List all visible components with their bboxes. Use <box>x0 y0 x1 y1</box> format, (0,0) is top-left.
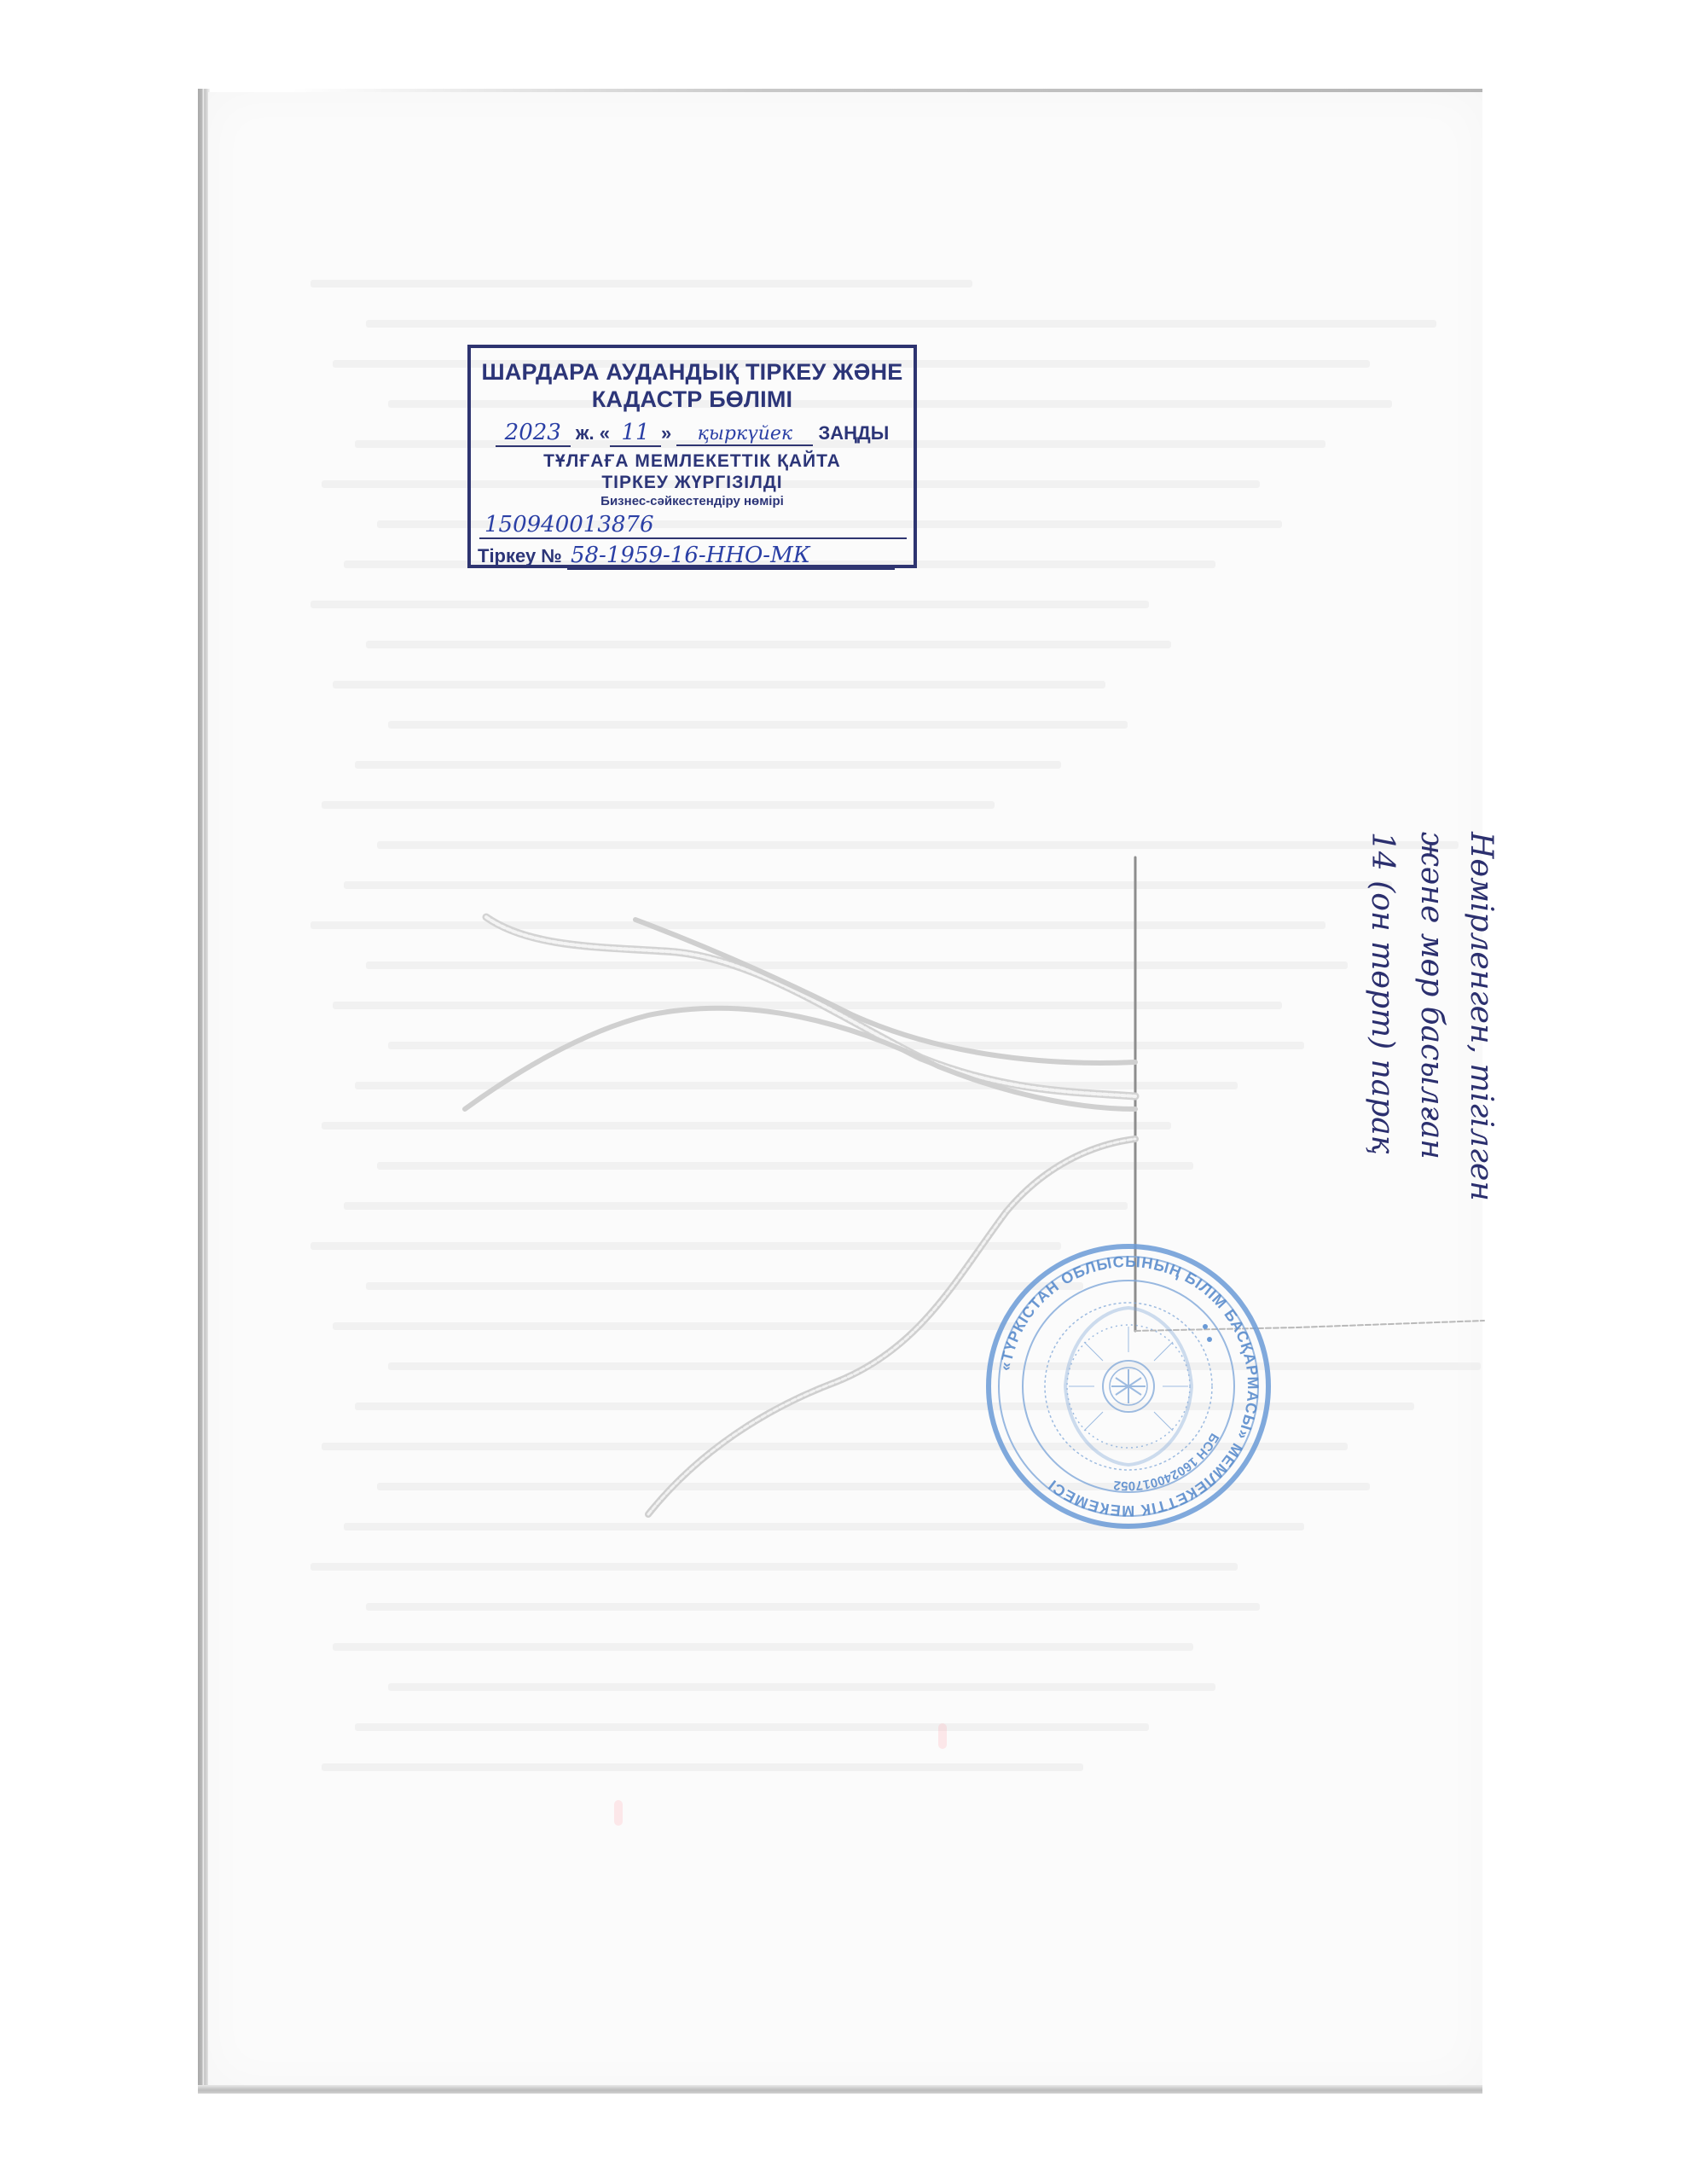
show-through-line <box>366 320 1436 328</box>
coat-of-arms-emblem <box>1045 1303 1212 1470</box>
show-through-line <box>388 1042 1304 1049</box>
stamp-zandy: ЗАҢДЫ <box>818 422 889 444</box>
show-through-line <box>366 1282 1083 1290</box>
stamp-day-open: « <box>600 422 610 444</box>
stamp-action-line2: ТІРКЕУ ЖҮРГІЗІЛДІ <box>471 472 914 493</box>
show-through-line <box>322 801 995 809</box>
show-through-line <box>322 1122 1171 1130</box>
stamp-action-line1: ТҰЛҒАҒА МЕМЛЕКЕТТІК ҚАЙТА <box>471 450 914 472</box>
stamp-authority-line2: КАДАСТР БӨЛІМІ <box>471 386 914 413</box>
stamp-reg-value: 58-1959-16-ННО-МК <box>567 543 895 570</box>
show-through-line <box>388 721 1128 729</box>
show-through-line <box>310 1242 1061 1250</box>
show-through-line <box>344 881 1392 889</box>
stamp-day: 11 <box>610 420 661 447</box>
stamp-year: 2023 <box>496 420 571 447</box>
stamp-day-close: » <box>661 422 671 444</box>
show-through-line <box>355 761 1061 769</box>
stamp-date-row: 2023 ж. «11» қыркүйек ЗАҢДЫ <box>471 420 914 450</box>
show-through-line <box>333 1643 1193 1651</box>
show-through-line <box>355 1723 1150 1731</box>
note-line-3: 14 (он төрт) парақ <box>1357 832 1407 1258</box>
show-through-line <box>377 1162 1194 1170</box>
show-through-line <box>377 841 1459 849</box>
handwritten-certification-note: Нөмірленген, тігілген және мөр басылған … <box>1309 832 1505 1258</box>
show-through-line <box>388 1683 1216 1691</box>
registration-stamp: ШАРДАРА АУДАНДЫҚ ТІРКЕУ ЖӘНЕ КАДАСТР БӨЛ… <box>467 345 917 568</box>
stamp-reg-label: Тіркеу № <box>478 545 562 566</box>
stamp-year-suffix: ж. <box>576 422 595 444</box>
stamp-bin-value: 150940013876 <box>479 512 907 539</box>
note-line-2: және мөр басылған <box>1407 832 1456 1258</box>
sheet-edge-bottom <box>198 2085 1482 2094</box>
round-seal: «ТҮРКІСТАН ОБЛЫСЫНЫҢ БІЛІМ БАСҚАРМАСЫ» М… <box>983 1241 1273 1531</box>
show-through-line <box>366 641 1172 648</box>
ink-speck <box>938 1723 947 1749</box>
stamp-reg-row: Тіркеу № 58-1959-16-ННО-МК <box>471 543 914 570</box>
show-through-line <box>322 1763 1083 1771</box>
note-line-1: Нөмірленген, тігілген <box>1456 832 1505 1258</box>
ink-speck <box>614 1800 623 1826</box>
stamp-month: қыркүйек <box>676 423 813 446</box>
show-through-line <box>388 1362 1481 1370</box>
show-through-line <box>333 1002 1282 1009</box>
show-through-line <box>344 1202 1128 1210</box>
show-through-line <box>310 601 1149 608</box>
show-through-line <box>366 1603 1260 1611</box>
show-through-line <box>310 280 972 288</box>
show-through-line <box>310 921 1325 929</box>
stamp-bin-row: 150940013876 <box>471 512 914 539</box>
stamp-bin-label: Бизнес-сәйкестендіру нөмірі <box>471 493 914 510</box>
show-through-line <box>310 1563 1238 1571</box>
show-through-line <box>333 681 1105 688</box>
show-through-line <box>333 1322 1017 1330</box>
stamp-authority-line1: ШАРДАРА АУДАНДЫҚ ТІРКЕУ ЖӘНЕ <box>471 358 914 386</box>
show-through-line <box>366 961 1349 969</box>
show-through-line <box>355 1082 1238 1089</box>
